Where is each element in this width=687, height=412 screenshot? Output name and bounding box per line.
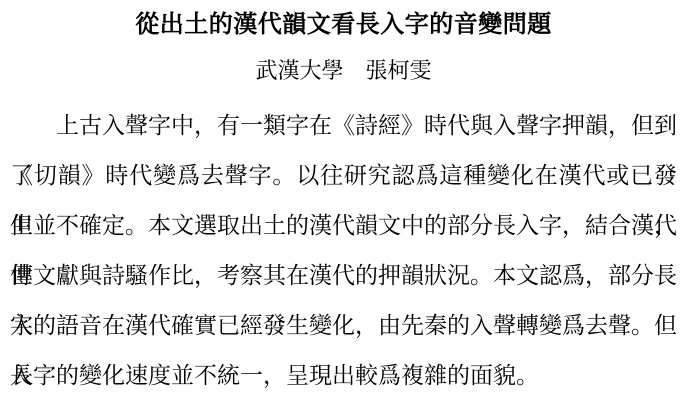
paragraph-line: 世文獻與詩騷作比，考察其在漢代的押韻狀況。本文認爲，部分長入 — [10, 250, 677, 300]
paragraph-line: 入字的變化速度並不統一，呈現出較爲複雜的面貌。 — [10, 350, 677, 400]
byline: 武漢大學 張柯雯 — [10, 57, 677, 85]
page-title: 從出土的漢代韻文看長入字的音變問題 — [10, 10, 677, 40]
paragraph-line: 上古入聲字中，有一類字在《詩經》時代與入聲字押韻，但到了 — [10, 100, 677, 150]
abstract-paragraph: 上古入聲字中，有一類字在《詩經》時代與入聲字押韻，但到了《切韻》時代變爲去聲字。… — [10, 100, 677, 400]
paragraph-line: 但並不確定。本文選取出土的漢代韻文中的部分長入字，結合漢代傳 — [10, 200, 677, 250]
paragraph-line: 《切韻》時代變爲去聲字。以往研究認爲這種變化在漢代或已發生， — [10, 150, 677, 200]
paragraph-line: 字的語音在漢代確實已經發生變化，由先秦的入聲轉變爲去聲。但長 — [10, 300, 677, 350]
document-page: 從出土的漢代韻文看長入字的音變問題 武漢大學 張柯雯 上古入聲字中，有一類字在《… — [0, 0, 687, 412]
